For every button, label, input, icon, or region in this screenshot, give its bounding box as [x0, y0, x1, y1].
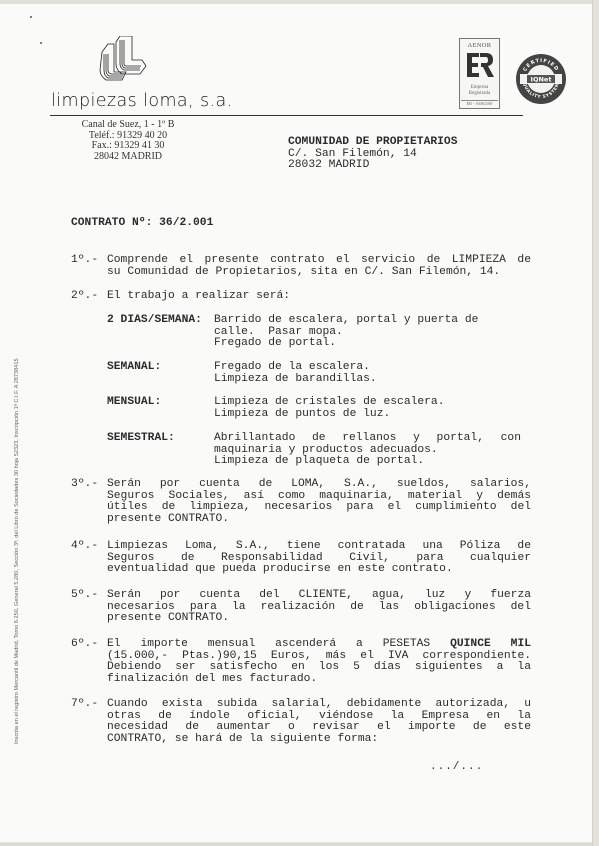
clause-line: Limpiezas Loma, S.A., tiene contratada u… — [107, 541, 531, 553]
schedule-label: SEMANAL: — [107, 362, 161, 374]
clause-number: 3º.- — [71, 479, 107, 491]
clause-number: 5º.- — [71, 590, 107, 602]
company-name: limpiezas loma, s.a. — [51, 91, 233, 111]
clause-2: 2º.- El trabajo a realizar será: — [71, 291, 531, 303]
contract-number: CONTRATO Nº: 36/2.001 — [71, 217, 213, 229]
clause-7: 7º.- Cuando exista subida salarial, debi… — [71, 699, 531, 745]
header-divider — [50, 115, 523, 116]
iqnet-certified-seal-icon: IQNet CERTIFIED QUALITY SYSTEM — [515, 53, 567, 105]
clause-1: 1º.- Comprende el presente contrato el s… — [71, 255, 531, 278]
aenor-certification-badge: AENOR Empresa Registrada ER - 1606/2/00 — [459, 38, 500, 109]
schedule-semanal: SEMANAL: Fregado de la escalera. Limpiez… — [107, 362, 527, 385]
clause-line: El importe mensual ascenderá a PESETAS Q… — [107, 639, 531, 651]
clause-line: eventualidad que pueda producirse en est… — [107, 564, 531, 576]
page-continuation-marker: .../... — [430, 761, 483, 773]
recipient-address: COMUNIDAD DE PROPIETARIOS C/. San Filemó… — [288, 137, 457, 172]
aenor-er-mark-icon — [465, 51, 495, 79]
schedule-task: Limpieza de barandillas. — [214, 374, 527, 386]
clause-line: CONTRATO, se hará de la siguiente forma: — [107, 734, 531, 746]
clause-line: presente CONTRATO. — [107, 613, 531, 625]
schedule-task: Fregado de la escalera. — [214, 362, 527, 374]
clause-line: su Comunidad de Propietarios, sita en C/… — [107, 267, 531, 279]
clause-number: 6º.- — [71, 639, 107, 651]
clause-6: 6º.- El importe mensual ascenderá a PESE… — [71, 639, 531, 685]
clause-line: Cuando exista subida salarial, debidamen… — [107, 699, 531, 711]
iqnet-center-text: IQNet — [531, 76, 552, 84]
amount-in-words: QUINCE MIL — [450, 638, 531, 650]
aenor-code: ER - 1606/2/00 — [461, 100, 498, 107]
clause-line: presente CONTRATO. — [107, 514, 531, 526]
clause-number: 7º.- — [71, 699, 107, 711]
clause-line: Serán por cuenta de LOMA, S.A., sueldos,… — [107, 479, 531, 491]
schedule-mensual: MENSUAL: Limpieza de cristales de escale… — [107, 397, 527, 420]
schedule-task: Limpieza de plaqueta de portal. — [214, 456, 521, 468]
clause-5: 5º.- Serán por cuenta del CLIENTE, agua,… — [71, 590, 531, 625]
schedule-task: Barrido de escalera, portal y puerta de — [214, 315, 527, 327]
clause-line: Comprende el presente contrato el servic… — [107, 255, 531, 267]
recipient-name: COMUNIDAD DE PROPIETARIOS — [288, 137, 457, 149]
clause-number: 1º.- — [71, 255, 107, 267]
schedule-label: MENSUAL: — [107, 397, 161, 409]
company-address: Canal de Suez, 1 - 1º B Teléf.: 91329 40… — [78, 120, 178, 162]
schedule-task: Limpieza de cristales de escalera. — [214, 397, 527, 409]
clause-line: Serán por cuenta del CLIENTE, agua, luz … — [107, 590, 531, 602]
scan-speck — [40, 42, 42, 44]
schedule-task: Limpieza de puntos de luz. — [214, 409, 527, 421]
aenor-title: AENOR — [460, 42, 499, 49]
aenor-subtitle: Registrada — [460, 91, 499, 97]
clause-4: 4º.- Limpiezas Loma, S.A., tiene contrat… — [71, 541, 531, 576]
scan-right-edge — [592, 0, 599, 846]
address-line: Canal de Suez, 1 - 1º B — [78, 120, 178, 131]
clause-text: El importe mensual ascenderá a PESETAS — [107, 638, 430, 650]
schedule-task: Fregado de portal. — [214, 338, 527, 350]
clause-3: 3º.- Serán por cuenta de LOMA, S.A., sue… — [71, 479, 531, 525]
document-page: limpiezas loma, s.a. Canal de Suez, 1 - … — [0, 4, 593, 843]
clause-line: El trabajo a realizar será: — [107, 291, 531, 303]
recipient-city: 28032 MADRID — [288, 160, 457, 172]
schedule-2-dias-semana: 2 DIAS/SEMANA: Barrido de escalera, port… — [107, 315, 527, 350]
city-line: 28042 MADRID — [78, 152, 178, 163]
schedule-semestral: SEMESTRAL: Abrillantado de rellanos y po… — [107, 433, 527, 468]
schedule-label: SEMESTRAL: — [107, 433, 175, 445]
schedule-task: Abrillantado de rellanos y portal, con — [214, 433, 521, 445]
schedule-label: 2 DIAS/SEMANA: — [107, 315, 202, 327]
registry-note: Inscrita en el registro Mercantil de Mad… — [14, 294, 20, 744]
loma-stacked-l-logo-icon — [96, 36, 152, 84]
clause-line: finalización del mes facturado. — [107, 674, 531, 686]
scan-speck — [30, 16, 32, 18]
clause-number: 4º.- — [71, 541, 107, 553]
clause-number: 2º.- — [71, 291, 107, 303]
